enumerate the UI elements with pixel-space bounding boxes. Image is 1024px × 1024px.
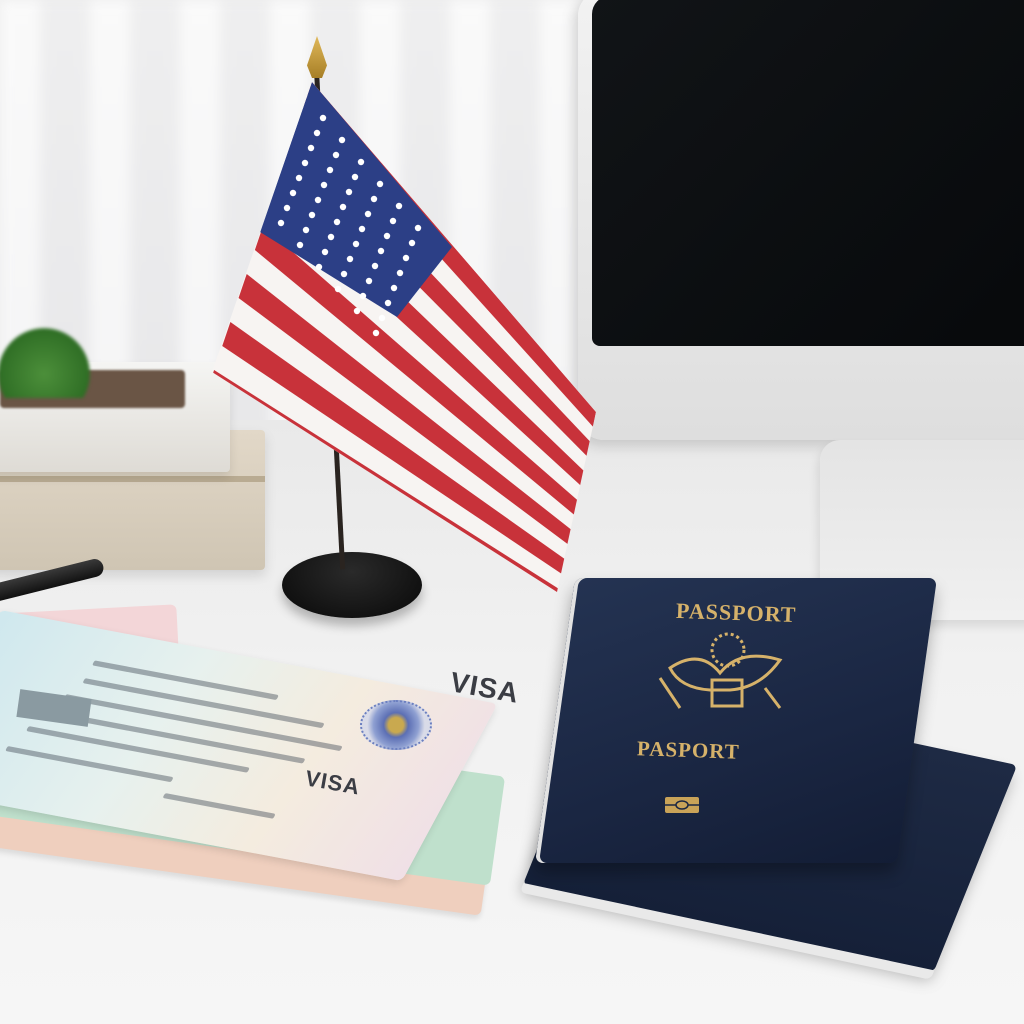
biometric-chip-icon: [664, 796, 700, 814]
passport-title-top: PASSPORT: [676, 598, 797, 628]
visa-text-line: [92, 660, 279, 700]
visa-text-line: [26, 726, 250, 773]
monitor-screen: [592, 0, 1024, 346]
passport-title-bottom: PASPORT: [637, 736, 741, 765]
photo-scene: VISA VISA PASSPORT PASPORT: [0, 0, 1024, 1024]
succulent-plant-icon: [0, 318, 94, 398]
visa-text-line: [162, 793, 275, 819]
computer-monitor: [578, 0, 1024, 440]
visa-seal-icon: [360, 700, 432, 750]
visa-document-stack: [0, 590, 550, 910]
eagle-seal-icon: [650, 628, 790, 728]
us-flag-icon: [212, 82, 596, 592]
